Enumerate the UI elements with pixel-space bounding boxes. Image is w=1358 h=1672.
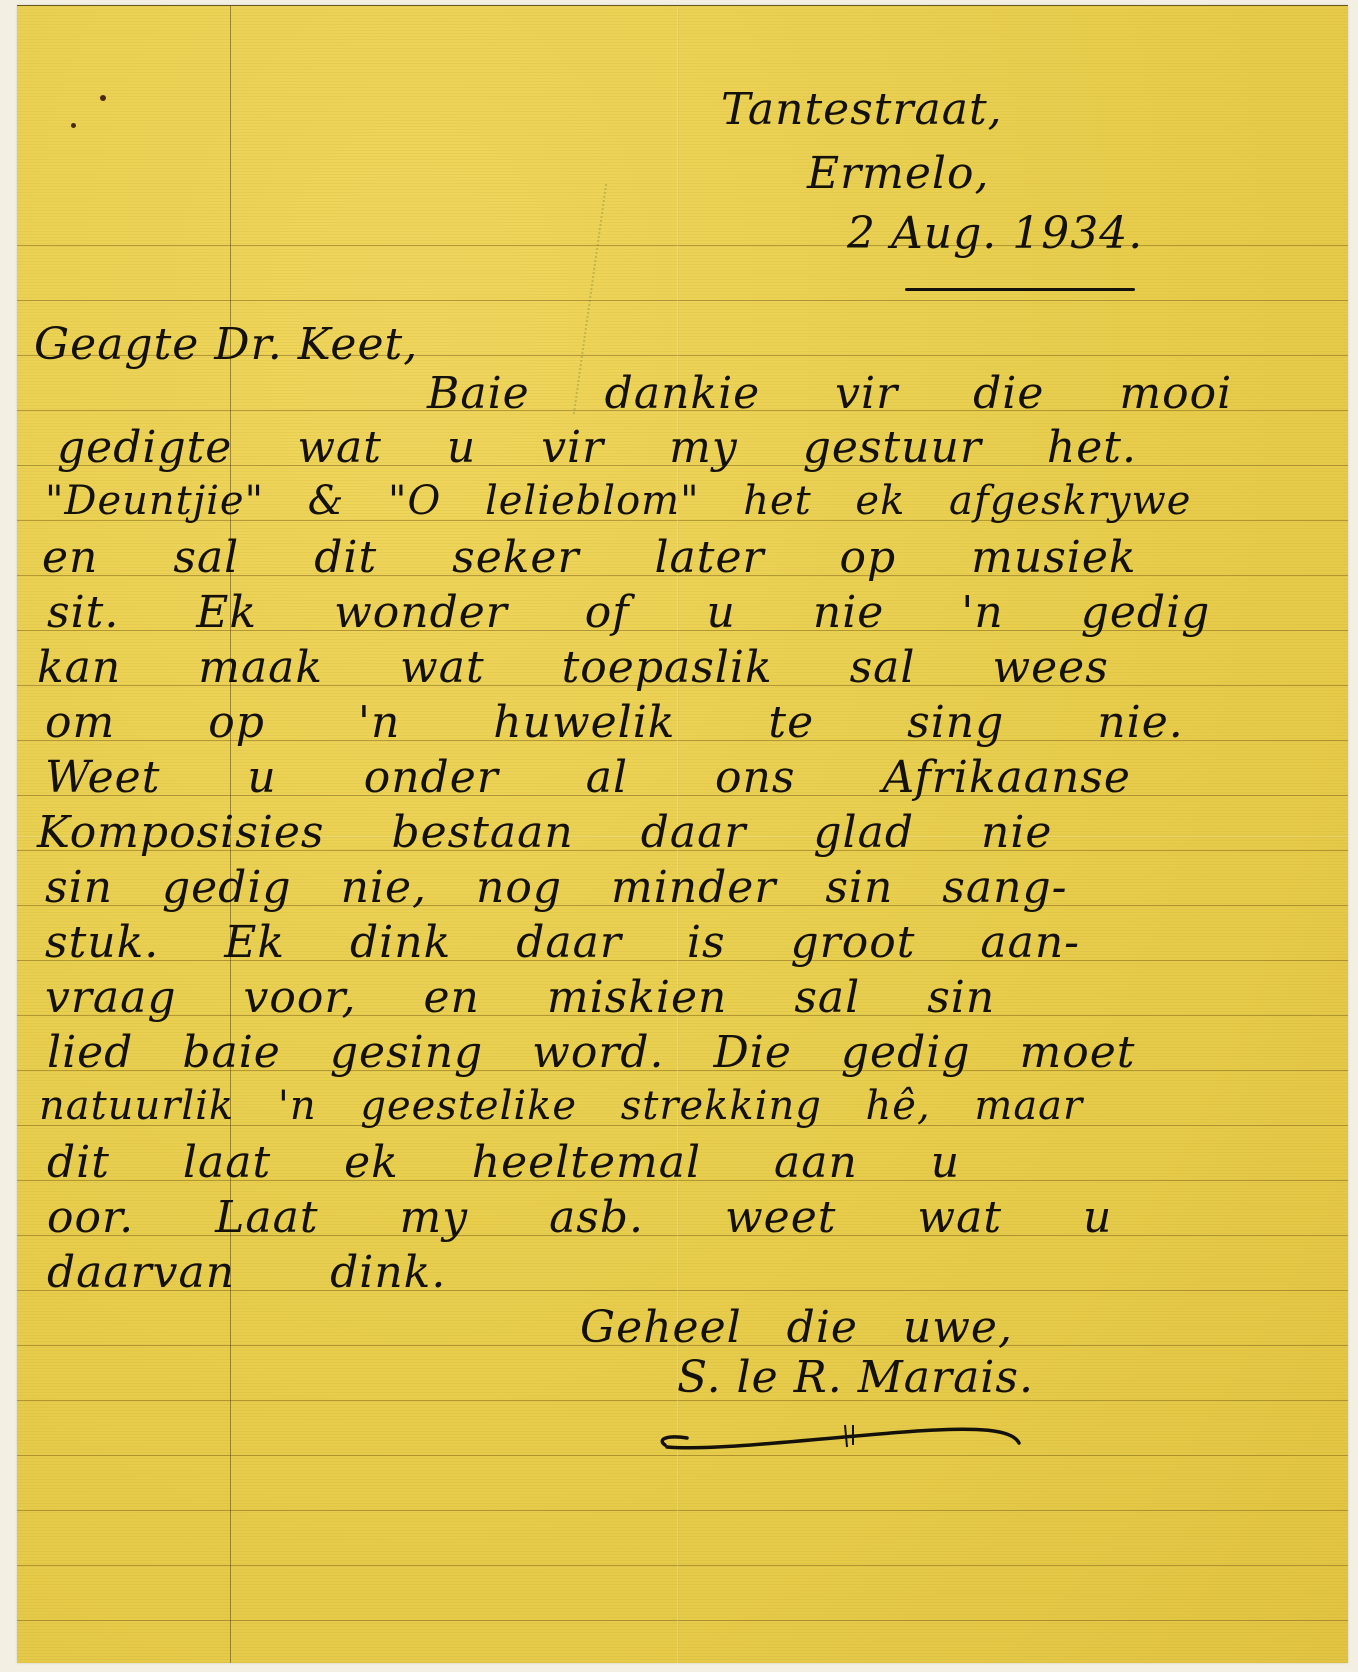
signature: S. le R. Marais. [677, 1356, 1034, 1400]
body-line: daarvan dink. [47, 1251, 446, 1295]
address-line-2: Ermelo, [807, 152, 989, 196]
closing: Geheel die uwe, [580, 1306, 1013, 1350]
body-line: kan maak wat toepaslik sal wees [37, 646, 1109, 690]
salutation: Geagte Dr. Keet, [34, 323, 418, 367]
body-line: Baie dankie vir die mooi [427, 372, 1232, 416]
body-line: gedigte wat u vir my gestuur het. [57, 426, 1137, 470]
body-line: en sal dit seker later op musiek [42, 536, 1137, 580]
ruled-line [17, 1455, 1348, 1456]
body-line: dit laat ek heeltemal aan u [47, 1141, 960, 1185]
body-line: sin gedig nie, nog minder sin sang- [45, 866, 1068, 910]
ruled-line [17, 1565, 1348, 1566]
date-underline [905, 288, 1135, 291]
pin-hole [71, 123, 76, 128]
body-line: oor. Laat my asb. weet wat u [47, 1196, 1112, 1240]
body-line: natuurlik 'n geestelike strekking hê, ma… [39, 1086, 1083, 1126]
letter-date: 2 Aug. 1934. [847, 212, 1143, 256]
body-line: "Deuntjie" & "O lelieblom" het ek afgesk… [45, 481, 1191, 521]
letter-paper: Tantestraat, Ermelo, 2 Aug. 1934. Geagte… [17, 5, 1348, 1663]
body-line: om op 'n huwelik te sing nie. [45, 701, 1184, 745]
body-line: Weet u onder al ons Afrikaanse [45, 756, 1131, 800]
body-line: Komposisies bestaan daar glad nie [37, 811, 1052, 855]
ruled-line [17, 1510, 1348, 1511]
body-line: sit. Ek wonder of u nie 'n gedig [47, 591, 1210, 635]
ruled-line [17, 300, 1348, 301]
ruled-line [17, 245, 1348, 246]
body-line: lied baie gesing word. Die gedig moet [47, 1031, 1135, 1075]
body-line: vraag voor, en miskien sal sin [45, 976, 995, 1020]
ruled-line [17, 1620, 1348, 1621]
pin-hole [100, 95, 106, 101]
signature-flourish [657, 1421, 1027, 1451]
address-line-1: Tantestraat, [721, 88, 1003, 132]
body-line: stuk. Ek dink daar is groot aan- [45, 921, 1080, 965]
